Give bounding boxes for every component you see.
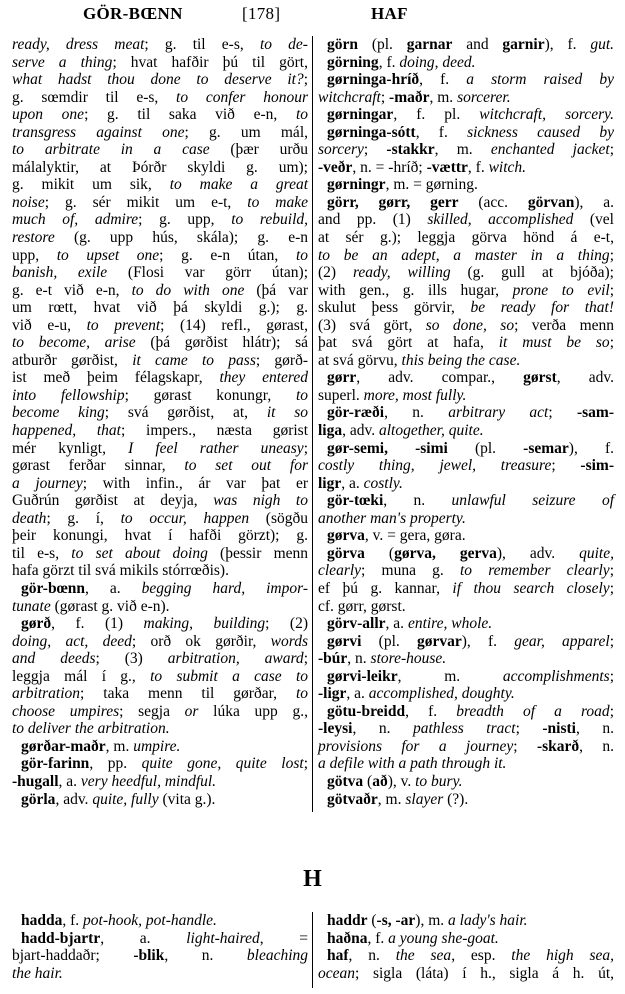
text-line: gørvi (pl. gørvar), f. gear, apparel; xyxy=(318,633,614,651)
text-line: haðna, f. a young she-goat. xyxy=(318,930,614,948)
text-line: -hugall, a. very heedful, mindful. xyxy=(12,773,308,791)
right-column: görn (pl. garnar and garnir), f. gut.gör… xyxy=(318,36,614,808)
text-line: gørast ferðar sinnar, to set out for xyxy=(12,457,308,475)
text-line: death; g. í, to occur, happen (sögðu xyxy=(12,510,308,528)
page-header: GÖR-BŒNN [178] HAF xyxy=(0,4,625,26)
text-line: a journey; with infin., ár var þat er xyxy=(12,475,308,493)
h-column-divider xyxy=(312,912,313,988)
text-line: atburðr gørðist, it came to pass; gørð- xyxy=(12,352,308,370)
text-line: görr, gørr, gerr (acc. görvan), a. xyxy=(318,194,614,212)
text-line: (3) svá gört, so done, so; verða menn xyxy=(318,317,614,335)
text-line: -ligr, a. accomplished, doughty. xyxy=(318,685,614,703)
text-line: til e-s, to set about doing (þessir menn xyxy=(12,545,308,563)
text-line: gørninga-hríð, f. a storm raised by xyxy=(318,71,614,89)
text-line: (2) ready, willing (g. gull at bjóða); xyxy=(318,264,614,282)
text-line: gørr, adv. compar., gørst, adv. xyxy=(318,369,614,387)
h-right-column: haddr (-s, -ar), m. a lady's hair.haðna,… xyxy=(318,912,614,982)
text-line: leggja mál í g., to submit a case to xyxy=(12,668,308,686)
text-line: gørva, v. = gera, gøra. xyxy=(318,527,614,545)
text-line: ready, dress meat; g. til e-s, to de- xyxy=(12,36,308,54)
text-line: hadd-bjartr, a. light-haired, = xyxy=(12,930,308,948)
text-line: another man's property. xyxy=(318,510,614,528)
text-line: við e-u, to prevent; (14) refl., gørast, xyxy=(12,317,308,335)
text-line: happened, that; impers., næsta gørist xyxy=(12,422,308,440)
text-line: to arbitrate in a case (þær urðu xyxy=(12,141,308,159)
text-line: götvaðr, m. slayer (?). xyxy=(318,791,614,809)
left-column: ready, dress meat; g. til e-s, to de-ser… xyxy=(12,36,308,808)
text-line: serve a thing; hvat hafðir þú til gört, xyxy=(12,54,308,72)
text-line: to become, arise (þá gørðist hlátr); sá xyxy=(12,334,308,352)
text-line: at svá görvu, this being the case. xyxy=(318,352,614,370)
text-line: costly thing, jewel, treasure; -sim- xyxy=(318,457,614,475)
text-line: mér kynligt, I feel rather uneasy; xyxy=(12,440,308,458)
text-line: skulut þess görvir, be ready for that! xyxy=(318,299,614,317)
text-line: to be an adept, a master in a thing; xyxy=(318,247,614,265)
text-line: görning, f. doing, deed. xyxy=(318,54,614,72)
column-divider xyxy=(312,36,313,812)
text-line: ocean; sigla (láta) í h., sigla á h. út, xyxy=(318,965,614,983)
text-line: haddr (-s, -ar), m. a lady's hair. xyxy=(318,912,614,930)
text-line: götva (að), v. to bury. xyxy=(318,773,614,791)
text-line: gör-ræði, n. arbitrary act; -sam- xyxy=(318,404,614,422)
text-line: bjart-haddaðr; -blik, n. bleaching xyxy=(12,947,308,965)
text-line: ist með þeim félagskapr, they entered xyxy=(12,369,308,387)
text-line: witchcraft; -maðr, m. sorcerer. xyxy=(318,89,614,107)
text-line: málalyktir, at Þórðr skyldi g. um); xyxy=(12,159,308,177)
text-line: -leysi, n. pathless tract; -nisti, n. xyxy=(318,720,614,738)
left-guideword: GÖR-BŒNN xyxy=(83,4,183,24)
text-line: arbitration; taka menn til gørðar, to xyxy=(12,685,308,703)
text-line: gør-semi, -simi (pl. -semar), f. xyxy=(318,440,614,458)
text-line: superl. more, most fully. xyxy=(318,387,614,405)
text-line: upp, to upset one; g. e-n útan, to xyxy=(12,247,308,265)
text-line: to deliver the arbitration. xyxy=(12,720,308,738)
text-line: g. e-t við e-n, to do with one (þá var xyxy=(12,282,308,300)
text-line: clearly; muna g. to remember clearly; xyxy=(318,562,614,580)
text-line: at sér g.); leggja görva hönd á e-t, xyxy=(318,229,614,247)
text-line: ef þú g. kannar, if thou search closely; xyxy=(318,580,614,598)
text-line: gørðar-maðr, m. umpire. xyxy=(12,738,308,756)
text-line: görva (gørva, gerva), adv. quite, xyxy=(318,545,614,563)
text-line: haf, n. the sea, esp. the high sea, xyxy=(318,947,614,965)
text-line: görv-allr, a. entire, whole. xyxy=(318,615,614,633)
text-line: Guðrún gørðist at deyja, was nigh to xyxy=(12,492,308,510)
text-line: gørningar, f. pl. witchcraft, sorcery. xyxy=(318,106,614,124)
h-left-column: hadda, f. pot-hook, pot-handle.hadd-bjar… xyxy=(12,912,308,982)
text-line: gørninga-sótt, f. sickness caused by xyxy=(318,124,614,142)
text-line: gör-farinn, pp. quite gone, quite lost; xyxy=(12,755,308,773)
text-line: gör-tœki, n. unlawful seizure of xyxy=(318,492,614,510)
text-line: um rœtt, hvat við þá skyldi g.); g. xyxy=(12,299,308,317)
text-line: much of, admire; g. upp, to rebuild, xyxy=(12,211,308,229)
text-line: götu-breidd, f. breadth of a road; xyxy=(318,703,614,721)
text-line: gör-bœnn, a. begging hard, impor- xyxy=(12,580,308,598)
text-line: gørningr, m. = gørning. xyxy=(318,176,614,194)
text-line: -veðr, n. = -hríð; -vættr, f. witch. xyxy=(318,159,614,177)
text-line: gørð, f. (1) making, building; (2) xyxy=(12,615,308,633)
text-line: upon one; g. til saka við e-n, to xyxy=(12,106,308,124)
text-line: -búr, n. store-house. xyxy=(318,650,614,668)
text-line: doing, act, deed; orð ok gørðir, words xyxy=(12,633,308,651)
text-line: restore (g. upp hús, skála); g. e-n xyxy=(12,229,308,247)
text-line: transgress against one; g. um mál, xyxy=(12,124,308,142)
text-line: into fellowship; gørast konungr, to xyxy=(12,387,308,405)
text-line: with gen., g. ills hugar, prone to evil; xyxy=(318,282,614,300)
text-line: provisions for a journey; -skarð, n. xyxy=(318,738,614,756)
text-line: and pp. (1) skilled, accomplished (vel xyxy=(318,211,614,229)
right-guideword: HAF xyxy=(371,4,408,24)
text-line: g. sœmdir til e-s, to confer honour xyxy=(12,89,308,107)
text-line: the hair. xyxy=(12,965,308,983)
text-line: görla, adv. quite, fully (vita g.). xyxy=(12,791,308,809)
text-line: tunate (gørast g. við e-n). xyxy=(12,598,308,616)
text-line: gørvi-leikr, m. accomplishments; xyxy=(318,668,614,686)
section-letter-heading: H xyxy=(0,866,625,893)
text-line: liga, adv. altogether, quite. xyxy=(318,422,614,440)
text-line: choose umpires; segja or lúka upp g., xyxy=(12,703,308,721)
text-line: what hadst thou done to deserve it?; xyxy=(12,71,308,89)
text-line: þat svá gört at hafa, it must be so; xyxy=(318,334,614,352)
text-line: a defile with a path through it. xyxy=(318,755,614,773)
page-number: [178] xyxy=(242,4,280,24)
text-line: hafa görzt til svá mikils stórrœðis). xyxy=(12,562,308,580)
text-line: hadda, f. pot-hook, pot-handle. xyxy=(12,912,308,930)
text-line: sorcery; -stakkr, m. enchanted jacket; xyxy=(318,141,614,159)
text-line: noise; g. sér mikit um e-t, to make xyxy=(12,194,308,212)
text-line: banish, exile (Flosi var görr útan); xyxy=(12,264,308,282)
text-line: and deeds; (3) arbitration, award; xyxy=(12,650,308,668)
text-line: g. mikit um sik, to make a great xyxy=(12,176,308,194)
text-line: become king; svá gørðist, at, it so xyxy=(12,404,308,422)
text-line: cf. gørr, gørst. xyxy=(318,598,614,616)
text-line: þeir konungi, hvat í hafði görzt); g. xyxy=(12,527,308,545)
text-line: ligr, a. costly. xyxy=(318,475,614,493)
text-line: görn (pl. garnar and garnir), f. gut. xyxy=(318,36,614,54)
